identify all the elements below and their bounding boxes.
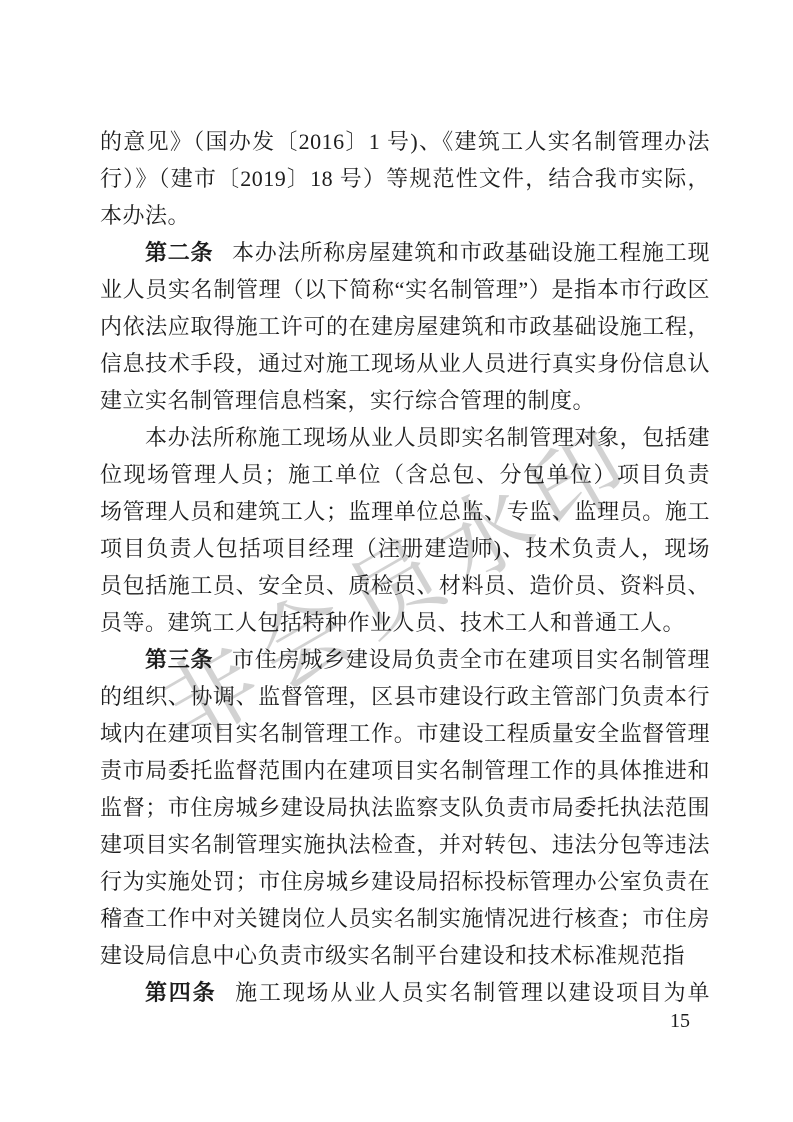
- text-line: 业人员实名制管理（以下简称“实名制管理”）是指本市行政区域范围: [100, 271, 710, 308]
- document-page: 非会员水印 的意见》（国办发〔2016〕1 号)、《建筑工人实名制管理办法（试行…: [0, 0, 793, 1122]
- text-line: 第四条施工现场从业人员实名制管理以建设项目为单位，由: [100, 974, 710, 1011]
- text-line: 建设局信息中心负责市级实名制平台建设和技术标准规范指导。: [100, 937, 710, 974]
- text-line: 域内在建项目实名制管理工作。市建设工程质量安全监督管理处负: [100, 715, 710, 752]
- text-line: 第二条本办法所称房屋建筑和市政基础设施工程施工现场从: [100, 234, 710, 271]
- text-line: 行）》（建市〔2019〕18 号）等规范性文件，结合我市实际，制定: [100, 160, 710, 197]
- text-line: 信息技术手段，通过对施工现场从业人员进行真实身份信息认证，: [100, 345, 710, 382]
- paragraph: 的意见》（国办发〔2016〕1 号)、《建筑工人实名制管理办法（试行）》（建市〔…: [100, 123, 710, 234]
- text-line: 第三条市住房城乡建设局负责全市在建项目实名制管理工作: [100, 641, 710, 678]
- text-line: 员包括施工员、安全员、质检员、材料员、造价员、资料员、劳资: [100, 567, 710, 604]
- article-number: 第三条: [145, 647, 213, 672]
- text-block: 的意见》（国办发〔2016〕1 号)、《建筑工人实名制管理办法（试行）》（建市〔…: [100, 123, 710, 1011]
- text-line: 的组织、协调、监督管理，区县市建设行政主管部门负责本行政区: [100, 678, 710, 715]
- text-line: 员等。建筑工人包括特种作业人员、技术工人和普通工人。: [100, 604, 710, 641]
- text-line: 的意见》（国办发〔2016〕1 号)、《建筑工人实名制管理办法（试: [100, 123, 710, 160]
- text-line: 监督；市住房城乡建设局执法监察支队负责市局委托执法范围内在: [100, 789, 710, 826]
- text-line: 建立实名制管理信息档案，实行综合管理的制度。: [100, 382, 710, 419]
- text-line: 本办法。: [100, 197, 710, 234]
- paragraph: 第三条市住房城乡建设局负责全市在建项目实名制管理工作的组织、协调、监督管理，区县…: [100, 641, 710, 974]
- text-line: 内依法应取得施工许可的在建房屋建筑和市政基础设施工程，利用: [100, 308, 710, 345]
- page-number: 15: [100, 1010, 710, 1033]
- text-line: 责市局委托监督范围内在建项目实名制管理工作的具体推进和日常: [100, 752, 710, 789]
- text-line: 本办法所称施工现场从业人员即实名制管理对象，包括建设单: [100, 419, 710, 456]
- text-line: 位现场管理人员；施工单位（含总包、分包单位）项目负责人、现: [100, 456, 710, 493]
- paragraph: 本办法所称施工现场从业人员即实名制管理对象，包括建设单位现场管理人员；施工单位（…: [100, 419, 710, 641]
- text-line: 行为实施处罚；市住房城乡建设局招标投标管理办公室负责在标后: [100, 863, 710, 900]
- paragraph: 第二条本办法所称房屋建筑和市政基础设施工程施工现场从业人员实名制管理（以下简称“…: [100, 234, 710, 419]
- text-line: 稽查工作中对关键岗位人员实名制实施情况进行核查；市住房城乡: [100, 900, 710, 937]
- paragraph: 第四条施工现场从业人员实名制管理以建设项目为单位，由: [100, 974, 710, 1011]
- text-line: 场管理人员和建筑工人；监理单位总监、专监、监理员。施工单位: [100, 493, 710, 530]
- text-line: 项目负责人包括项目经理（注册建造师)、技术负责人，现场管理人: [100, 530, 710, 567]
- text-line: 建项目实名制管理实施执法检查，并对转包、违法分包等违法违规: [100, 826, 710, 863]
- article-number: 第二条: [145, 240, 213, 265]
- article-number: 第四条: [145, 980, 216, 1005]
